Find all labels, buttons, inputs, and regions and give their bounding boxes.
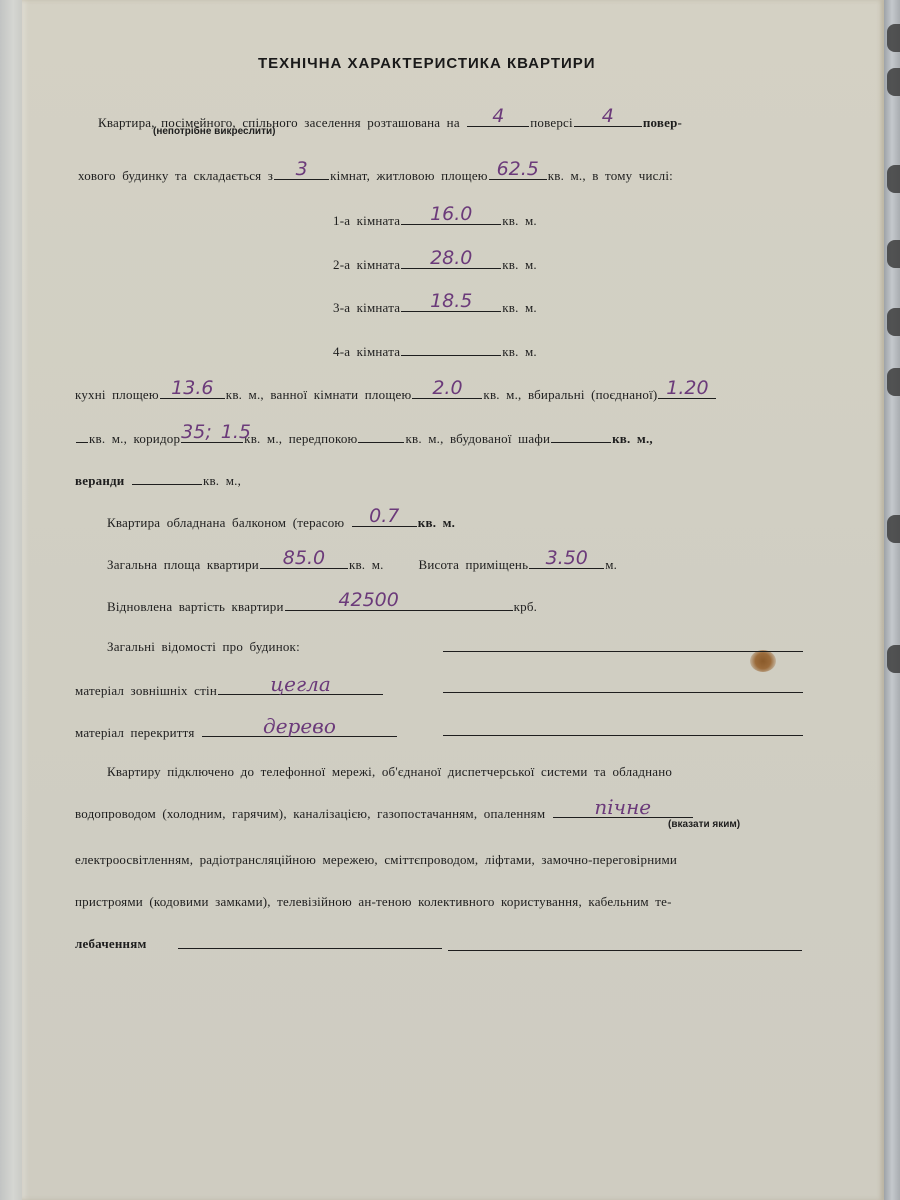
binder-hole xyxy=(887,240,900,268)
total-area-value: 85.0 xyxy=(260,549,348,568)
utilities-line-5: лебаченням xyxy=(75,936,147,952)
rooms-count-value: 3 xyxy=(274,160,329,179)
veranda-line: веранди кв. м., xyxy=(75,470,241,489)
veranda-unit: кв. м., xyxy=(203,473,241,488)
room-2-area-field[interactable]: 28.0 xyxy=(401,254,501,269)
toilet-area-value: 1.20 xyxy=(658,379,716,398)
toilet-label: кв. м., вбиральні (поєднаної) xyxy=(483,387,657,402)
bathroom-label: кв. м., ванної кімнати площею xyxy=(226,387,412,402)
room-label: 4-а кімната xyxy=(333,344,400,359)
height-value: 3.50 xyxy=(529,549,604,568)
heating-type-field[interactable]: пічне xyxy=(553,803,693,818)
utilities-line-4: пристроями (кодовими замками), телевізій… xyxy=(75,894,672,910)
building-info-field[interactable] xyxy=(443,651,803,652)
total-floors-value: 4 xyxy=(574,107,642,126)
balcony-unit: кв. м. xyxy=(418,515,455,530)
room-1-area-field[interactable]: 16.0 xyxy=(401,210,501,225)
kitchen-label: кухні площею xyxy=(75,387,159,402)
walls-line: матеріал зовнішніх стінцегла xyxy=(75,680,384,699)
rooms-count-field[interactable]: 3 xyxy=(274,165,329,180)
corridor-line: кв. м., коридор35; 1.5кв. м., передпокою… xyxy=(75,428,653,447)
wardrobe-label: кв. м., вбудованої шафи xyxy=(405,431,550,446)
underlying-page-edge xyxy=(0,0,22,1200)
walls-label: матеріал зовнішніх стін xyxy=(75,683,217,698)
balcony-area-value: 0.7 xyxy=(352,507,417,526)
kitchen-area-value: 13.6 xyxy=(160,379,225,398)
height-unit: м. xyxy=(605,557,617,572)
room-row-4: 4-а кімнатакв. м. xyxy=(333,341,537,360)
building-heading: Загальні відомості про будинок: xyxy=(107,639,300,655)
corridor-label: кв. м., коридор xyxy=(89,431,180,446)
walls-material-extra-field[interactable] xyxy=(443,692,803,693)
room-row-3: 3-а кімната18.5кв. м. xyxy=(333,297,537,316)
toilet-area-continuation xyxy=(76,428,88,443)
cost-value: 42500 xyxy=(285,591,453,610)
binder-hole xyxy=(887,24,900,52)
room-1-area-value: 16.0 xyxy=(401,205,501,224)
veranda-area-field[interactable] xyxy=(132,470,202,485)
balcony-line: Квартира обладнана балконом (терасою 0.7… xyxy=(107,512,455,531)
utilities-line-2: водопроводом (холодним, гарячим), каналі… xyxy=(75,803,694,822)
room-2-area-value: 28.0 xyxy=(401,249,501,268)
kitchen-area-field[interactable]: 13.6 xyxy=(160,384,225,399)
ceiling-material-extra-field[interactable] xyxy=(443,735,803,736)
intro-line-2: хового будинку та складається з3кімнат, … xyxy=(78,165,673,184)
binder-hole xyxy=(887,515,900,543)
page-title: ТЕХНІЧНА ХАРАКТЕРИСТИКА КВАРТИРИ xyxy=(258,55,596,72)
floor-field[interactable]: 4 xyxy=(467,112,529,127)
walls-material-value: цегла xyxy=(218,675,383,694)
floor-label: поверсі xyxy=(530,115,573,130)
binder-hole xyxy=(887,68,900,96)
veranda-label: веранди xyxy=(75,473,124,488)
total-area-field[interactable]: 85.0 xyxy=(260,554,348,569)
room-row-1: 1-а кімната16.0кв. м. xyxy=(333,210,537,229)
room-unit: кв. м. xyxy=(502,300,537,315)
bathroom-area-field[interactable]: 2.0 xyxy=(412,384,482,399)
utilities-text: водопроводом (холодним, гарячим), каналі… xyxy=(75,806,545,821)
strike-note: (непотрібне викреслити) xyxy=(153,126,275,137)
binder-hole xyxy=(887,368,900,396)
hallway-area-field[interactable] xyxy=(358,428,404,443)
corridor-area-value: 35; 1.5 xyxy=(181,423,243,442)
binder-hole xyxy=(887,645,900,673)
ceiling-material-value: дерево xyxy=(202,717,397,736)
living-area-field[interactable]: 62.5 xyxy=(489,165,547,180)
toilet-area-field[interactable]: 1.20 xyxy=(658,384,716,399)
total-area-line: Загальна площа квартири85.0кв. м. Висота… xyxy=(107,554,617,573)
height-label: Висота приміщень xyxy=(419,557,529,572)
cost-line: Відновлена вартість квартири42500крб. xyxy=(107,596,537,615)
wardrobe-unit: кв. м., xyxy=(612,431,653,446)
utilities-text-end: лебаченням xyxy=(75,936,147,951)
room-unit: кв. м. xyxy=(502,257,537,272)
stain-mark xyxy=(750,650,776,672)
building-text: хового будинку та складається з xyxy=(78,168,273,183)
binder-hole xyxy=(887,165,900,193)
utilities-line-3: електроосвітленням, радіотрансляційною м… xyxy=(75,852,677,868)
utilities-line-1: Квартиру підключено до телефонної мережі… xyxy=(107,764,672,780)
rooms-label: кімнат, житловою площею xyxy=(330,168,488,183)
room-unit: кв. м. xyxy=(502,344,537,359)
hallway-label: кв. м., передпокою xyxy=(244,431,357,446)
room-3-area-field[interactable]: 18.5 xyxy=(401,297,501,312)
ceiling-label: матеріал перекриття xyxy=(75,725,195,740)
living-area-value: 62.5 xyxy=(489,160,547,179)
room-unit: кв. м. xyxy=(502,213,537,228)
bathroom-area-value: 2.0 xyxy=(412,379,482,398)
heating-type-value: пічне xyxy=(553,798,693,817)
total-floors-field[interactable]: 4 xyxy=(574,112,642,127)
ceiling-line: матеріал перекриття дерево xyxy=(75,722,398,741)
heating-note: (вказати яким) xyxy=(668,819,740,830)
floor-value: 4 xyxy=(467,107,529,126)
room-3-area-value: 18.5 xyxy=(401,292,501,311)
total-area-unit: кв. м. xyxy=(349,557,384,572)
room-4-area-field[interactable] xyxy=(401,341,501,356)
ceiling-material-field[interactable]: дерево xyxy=(202,722,397,737)
living-area-unit: кв. м., в тому числі: xyxy=(548,168,673,183)
room-label: 3-а кімната xyxy=(333,300,400,315)
cable-tv-field[interactable] xyxy=(178,948,442,949)
cost-field[interactable]: 42500 xyxy=(285,596,513,611)
cost-unit: крб. xyxy=(514,599,537,614)
cable-tv-extra-field[interactable] xyxy=(448,950,802,951)
height-field[interactable]: 3.50 xyxy=(529,554,604,569)
floors-suffix: повер- xyxy=(643,115,682,130)
balcony-label: Квартира обладнана балконом (терасою xyxy=(107,515,344,530)
total-area-label: Загальна площа квартири xyxy=(107,557,259,572)
walls-material-field[interactable]: цегла xyxy=(218,680,383,695)
room-label: 1-а кімната xyxy=(333,213,400,228)
binder-hole xyxy=(887,308,900,336)
wardrobe-area-field[interactable] xyxy=(551,428,611,443)
room-label: 2-а кімната xyxy=(333,257,400,272)
balcony-area-field[interactable]: 0.7 xyxy=(352,512,417,527)
corridor-area-field[interactable]: 35; 1.5 xyxy=(181,428,243,443)
room-row-2: 2-а кімната28.0кв. м. xyxy=(333,254,537,273)
kitchen-line: кухні площею13.6кв. м., ванної кімнати п… xyxy=(75,384,717,403)
cost-label: Відновлена вартість квартири xyxy=(107,599,284,614)
